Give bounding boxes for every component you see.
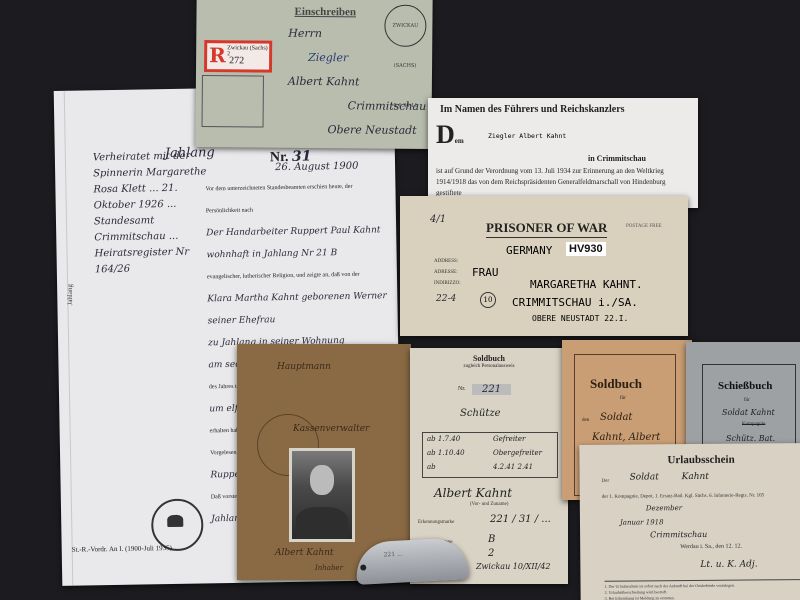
leave-to: Januar 1918	[620, 518, 664, 526]
initial-rest: em	[455, 137, 464, 145]
leave-title: Urlaubsschein	[667, 454, 734, 467]
marriage-note: Verheiratet mit der Spinnerin Margarethe…	[93, 148, 215, 278]
left-mark: 22-4	[436, 294, 456, 304]
book-title: Schießbuch	[718, 380, 772, 392]
office-stamp	[202, 75, 264, 128]
dog-tag-hole	[360, 564, 366, 570]
label: ADDRESS:	[434, 256, 461, 267]
registered-envelope: Einschreiben R Zwickau (Sachs) 2 272 ZWI…	[195, 0, 432, 149]
inventory-tag: HV930	[566, 242, 606, 256]
photo-image	[292, 451, 352, 539]
registration-number: 272	[229, 55, 244, 66]
shooting-book: Schießbuch für Soldat Kahnt Kompagnie Sc…	[686, 342, 800, 452]
address-line: Crimmitschau	[348, 94, 432, 119]
name-value: Kahnt, Albert	[592, 432, 660, 443]
initial-letter: D	[436, 120, 455, 149]
uniform	[296, 507, 348, 539]
address-line: Albert Kahnt	[288, 70, 432, 95]
leave-from: Dezember	[646, 504, 682, 512]
certificate-heading: Im Namen des Führers und Reichskanzlers	[440, 104, 625, 115]
for-label: für	[744, 398, 750, 403]
number-label: Nr.	[458, 386, 466, 392]
promotion-box: ab 1.7.40 Gefreiter ab 1.10.40 Obergefre…	[422, 432, 558, 478]
date-line: Werdau i. Sa., den 12. 12.	[680, 544, 742, 551]
salutation: FRAU	[472, 266, 499, 279]
promo-date: ab 1.10.40	[427, 449, 465, 457]
rank-value: Soldat	[600, 412, 632, 423]
certificate-initial: Dem	[436, 120, 464, 150]
registration-letter: R	[209, 43, 226, 67]
promo-value: Gefreiter	[493, 435, 525, 443]
blood-group: B	[488, 534, 495, 545]
line: wohnhaft in Jahlang Nr 21 B	[206, 241, 386, 266]
postage-note: POSTAGE FREE	[626, 224, 662, 229]
paybook-title: Soldbuch	[410, 354, 568, 363]
promo-date: ab 1.7.40	[427, 435, 460, 443]
rank-label: den	[582, 418, 589, 423]
soldier-photo	[289, 448, 355, 542]
pow-envelope: 4/1 PRISONER OF WAR POSTAGE FREE ADDRESS…	[400, 196, 688, 336]
line: evangelischer, lutherischer Religion, un…	[207, 263, 387, 288]
signature: Albert Kahnt	[275, 548, 334, 558]
leave-pass: Urlaubsschein Der Soldat Kahnt der 1. Ko…	[579, 443, 800, 600]
registration-label: R Zwickau (Sachs) 2 272	[204, 40, 272, 73]
name-caption: (Vor- und Zuname)	[470, 502, 508, 507]
face	[310, 465, 334, 495]
corner-mark: 4/1	[430, 214, 446, 225]
for-label: für	[620, 396, 626, 401]
recipient-name: Ziegler Albert Kahnt	[488, 132, 566, 140]
name-value: Kahnt	[682, 472, 709, 482]
id-tag-value: 221 / 31 / ...	[490, 514, 551, 525]
company-label: Kompagnie	[742, 422, 765, 427]
holder-name: Albert Kahnt	[434, 486, 512, 500]
rank-value: Soldat	[630, 472, 659, 482]
issued-at: Zwickau 10/XII/42	[476, 562, 551, 571]
promo-value: Obergefreiter	[493, 449, 542, 457]
signature: Lt. u. K. Adj.	[700, 559, 757, 569]
rank: Schütze	[460, 408, 501, 419]
caption: Inhaber	[315, 564, 343, 572]
street: OBERE NEUSTADT 22.I.	[532, 314, 628, 323]
gas-mask-size: 2	[488, 548, 494, 559]
envelope-address: Herrn Ziegler Albert Kahnt Crimmitschau …	[287, 22, 432, 149]
recipient: MARGARETHA KAHNT.	[530, 278, 643, 291]
label: INDIRIZZO:	[434, 278, 461, 289]
honor-cross-certificate: Im Namen des Führers und Reichskanzlers …	[428, 98, 698, 208]
form-code: St.-R.-Vordr. An I. (1900-Juli 1935)	[72, 544, 172, 554]
label: ADRESSE:	[434, 267, 461, 278]
address-line: Obere Neustadt 22	[327, 118, 431, 149]
fine-print: 1. Der Urlaubsschein ist sofort nach der…	[604, 579, 800, 600]
pow-title: PRISONER OF WAR	[486, 220, 607, 238]
fold-line	[64, 91, 74, 586]
handwritten-line: Hauptmann	[277, 362, 331, 372]
date: 26. August 1900	[275, 156, 359, 179]
unit-line: der 1. Kompagnie, Depot, 1. Ersatz-Batl.…	[602, 493, 764, 499]
circled-number: 10	[480, 292, 496, 308]
address-line: Ziegler	[308, 46, 432, 71]
line: Vor dem unterzeichneten Standesbeamten e…	[205, 175, 386, 222]
city: CRIMMITSCHAU i./SA.	[512, 296, 638, 309]
cover-title: Soldbuch	[590, 376, 642, 392]
line: Klara Martha Kahnt geborenen Werner	[207, 285, 387, 310]
id-tag-label: Erkennungsmarke	[418, 520, 454, 525]
number-value: 221	[472, 384, 511, 395]
recipient-town: in Crimmitschau	[588, 154, 646, 163]
destination: Crimmitschau	[650, 530, 707, 539]
side-label: Jahlang	[66, 284, 74, 306]
line: Der Handarbeiter Ruppert Paul Kahnt	[206, 219, 386, 244]
rank-label: Der	[602, 479, 610, 484]
envelope-header: Einschreiben	[294, 6, 356, 19]
address-line: Herrn	[288, 22, 432, 47]
country: GERMANY	[506, 244, 552, 257]
paybook-subtitle: zugleich Personalausweis	[410, 364, 568, 369]
line: seiner Ehefrau	[208, 307, 388, 332]
address-labels: ADDRESS: ADRESSE: INDIRIZZO:	[434, 256, 461, 289]
promo-date: ab	[427, 463, 436, 471]
dog-tag-text: 221 ...	[383, 550, 402, 558]
certificate-text: ist auf Grund der Verordnung vom 13. Jul…	[436, 166, 692, 199]
promo-value: 4.2.41 2.41	[493, 463, 533, 471]
fine-line: 3. Bei Erkrankung ist Meldung zu erstatt…	[605, 594, 800, 600]
rank-value: Soldat Kahnt	[722, 408, 775, 417]
unit-value: Schütz. Bat.	[726, 434, 775, 443]
